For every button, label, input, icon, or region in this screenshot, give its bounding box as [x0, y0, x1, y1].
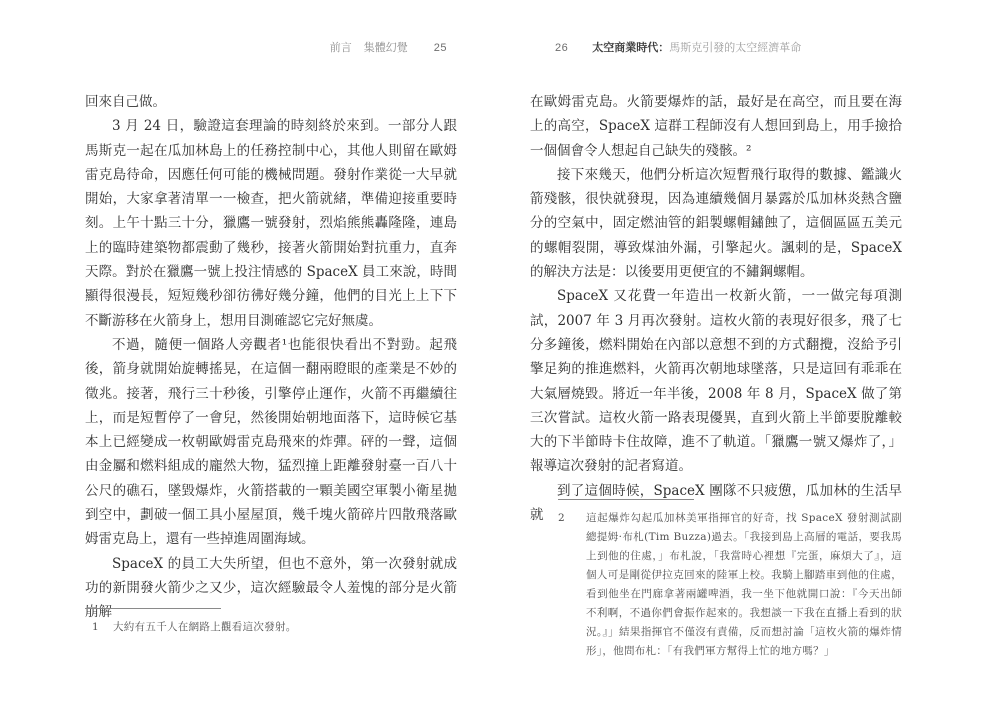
footnote-number: 1 — [85, 618, 113, 637]
footnote-number: 2 — [558, 509, 586, 528]
body-text-left: 回來自己做。 3 月 24 日，驗證這套理論的時刻終於來到。一部分人跟馬斯克一起… — [85, 90, 457, 625]
paragraph: 回來自己做。 — [85, 90, 457, 114]
paragraph: 3 月 24 日，驗證這套理論的時刻終於來到。一部分人跟馬斯克一起在瓜加林島上的… — [85, 114, 457, 333]
footnote-text: 這起爆炸勾起瓜加林美軍指揮官的好奇，找 SpaceX 發射測試副總提姆·布札(T… — [586, 509, 902, 661]
book-title-main: 太空商業時代： — [592, 42, 669, 54]
footnote-row: 1 大約有五千人在網路上觀看這次發射。 — [85, 618, 457, 637]
running-head-right: 26 太空商業時代：馬斯克引發的太空經濟革命 — [530, 41, 902, 55]
footnote-separator — [558, 499, 694, 500]
running-head-left: 前言 集體幻覺 25 — [85, 41, 457, 55]
footnote-left: 1 大約有五千人在網路上觀看這次發射。 — [85, 608, 457, 637]
book-spread: 前言 集體幻覺 25 回來自己做。 3 月 24 日，驗證這套理論的時刻終於來到… — [0, 0, 1000, 701]
section-label: 前言 — [330, 41, 352, 55]
paragraph: 不過，隨便一個路人旁觀者¹也能很快看出不對勁。起飛後，箭身就開始旋轉搖晃，在這個… — [85, 333, 457, 552]
book-subtitle: 馬斯克引發的太空經濟革命 — [669, 42, 801, 54]
book-title: 太空商業時代：馬斯克引發的太空經濟革命 — [592, 41, 801, 55]
footnote-text: 大約有五千人在網路上觀看這次發射。 — [113, 618, 457, 637]
footnote-row: 2 這起爆炸勾起瓜加林美軍指揮官的好奇，找 SpaceX 發射測試副總提姆·布札… — [558, 509, 902, 661]
paragraph: 在歐姆雷克島。火箭要爆炸的話，最好是在高空，而且要在海上的高空，SpaceX 這… — [530, 90, 902, 163]
paragraph: SpaceX 又花費一年造出一枚新火箭，一一做完每項測試，2007 年 3 月再… — [530, 284, 902, 478]
paragraph: 接下來幾天，他們分析這次短暫飛行取得的數據、鑑識火箭殘骸，很快就發現，因為連續幾… — [530, 163, 902, 284]
body-text-right: 在歐姆雷克島。火箭要爆炸的話，最好是在高空，而且要在海上的高空，SpaceX 這… — [530, 90, 902, 527]
page-number-right: 26 — [555, 41, 568, 55]
page-left: 前言 集體幻覺 25 回來自己做。 3 月 24 日，驗證這套理論的時刻終於來到… — [85, 0, 457, 701]
page-number-left: 25 — [434, 41, 447, 55]
page-right: 26 太空商業時代：馬斯克引發的太空經濟革命 在歐姆雷克島。火箭要爆炸的話，最好… — [530, 0, 902, 701]
footnote-separator — [85, 608, 221, 609]
chapter-label: 集體幻覺 — [364, 41, 408, 55]
footnote-right: 2 這起爆炸勾起瓜加林美軍指揮官的好奇，找 SpaceX 發射測試副總提姆·布札… — [558, 499, 902, 661]
